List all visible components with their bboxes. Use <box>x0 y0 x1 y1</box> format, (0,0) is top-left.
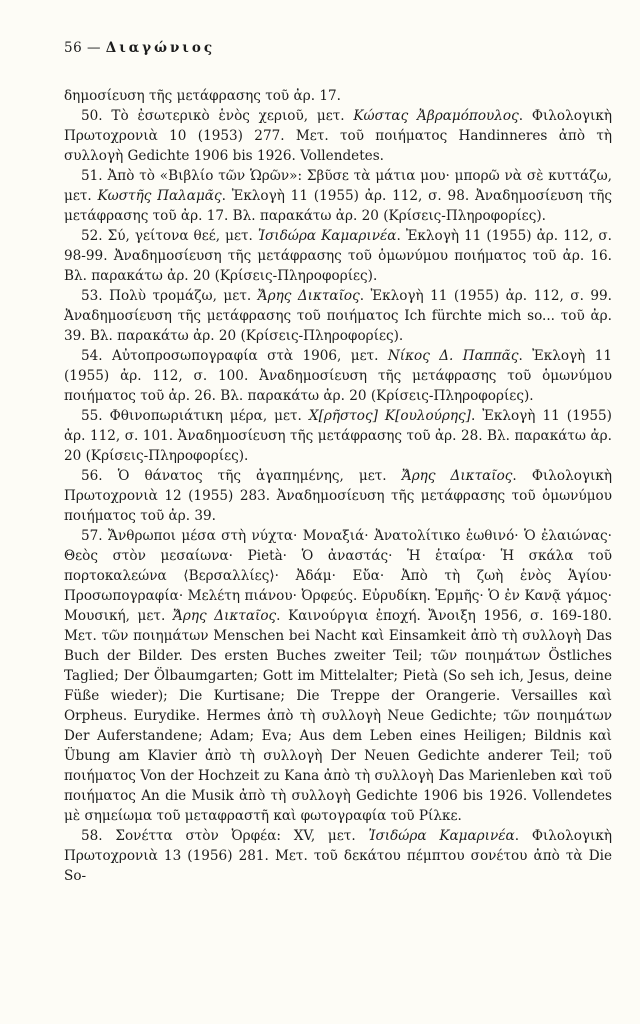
entry-text: 53. Πολὺ τρομάζω, μετ. <box>81 288 258 304</box>
header-dash: — <box>82 40 106 56</box>
translator-name: Κώστας Ἀβραμόπουλος <box>353 108 518 124</box>
translator-name: Ἄρης Δικταῖος <box>173 608 276 624</box>
entry-text: δημοσίευση τῆς μετάφρασης τοῦ ἀρ. 17. <box>64 88 341 104</box>
entry-50: 50. Τὸ ἐσωτερικὸ ἑνὸς χεριοῦ, μετ. Κώστα… <box>64 106 612 166</box>
entry-54: 54. Αὐτοπροσωπογραφία στὰ 1906, μετ. Νίκ… <box>64 346 612 406</box>
entry-51: 51. Ἀπὸ τὸ «Βιβλίο τῶν Ὡρῶν»: Σβῦσε τὰ μ… <box>64 166 612 226</box>
entry-text: 55. Φθινοπωριάτικη μέρα, μετ. <box>81 408 309 424</box>
translator-name: Ἰσιδώρα Καμαρινέα <box>258 228 397 244</box>
page-header: 56 — Διαγώνιος <box>64 40 215 56</box>
entry-continuation: δημοσίευση τῆς μετάφρασης τοῦ ἀρ. 17. <box>64 86 612 106</box>
translator-name: Νίκος Δ. Παππᾶς <box>388 348 519 364</box>
entry-text: 50. Τὸ ἐσωτερικὸ ἑνὸς χεριοῦ, μετ. <box>81 108 353 124</box>
entry-58: 58. Σονέττα στὸν Ὀρφέα: XV, μετ. Ἰσιδώρα… <box>64 826 612 886</box>
running-title: Διαγώνιος <box>106 40 215 56</box>
entry-57: 57. Ἄνθρωποι μέσα στὴ νύχτα· Μοναξιά· Ἀν… <box>64 526 612 826</box>
translator-name: Ἰσιδώρα Καμαρινέα <box>368 828 514 844</box>
entry-52: 52. Σύ, γείτονα θεέ, μετ. Ἰσιδώρα Καμαρι… <box>64 226 612 286</box>
entry-55: 55. Φθινοπωριάτικη μέρα, μετ. Χ[ρῆστος] … <box>64 406 612 466</box>
page-body: δημοσίευση τῆς μετάφρασης τοῦ ἀρ. 17. 50… <box>64 86 612 886</box>
entry-text: 58. Σονέττα στὸν Ὀρφέα: XV, μετ. <box>81 828 368 844</box>
entry-text: . Καινούργια ἐποχή. Ἄνοιξη 1956, σ. 169-… <box>64 608 612 824</box>
translator-name: Χ[ρῆστος] Κ[ουλούρης] <box>309 408 471 424</box>
entry-text: 54. Αὐτοπροσωπογραφία στὰ 1906, μετ. <box>81 348 388 364</box>
entry-text: 52. Σύ, γείτονα θεέ, μετ. <box>81 228 258 244</box>
page-number: 56 <box>64 40 82 56</box>
entry-53: 53. Πολὺ τρομάζω, μετ. Ἄρης Δικταῖος. Ἐκ… <box>64 286 612 346</box>
translator-name: Κωστῆς Παλαμᾶς <box>98 188 222 204</box>
entry-text: 56. Ὁ θάνατος τῆς ἀγαπημένης, μετ. <box>81 468 402 484</box>
translator-name: Ἄρης Δικταῖος <box>258 288 360 304</box>
entry-56: 56. Ὁ θάνατος τῆς ἀγαπημένης, μετ. Ἄρης … <box>64 466 612 526</box>
translator-name: Ἄρης Δικταῖος <box>402 468 513 484</box>
